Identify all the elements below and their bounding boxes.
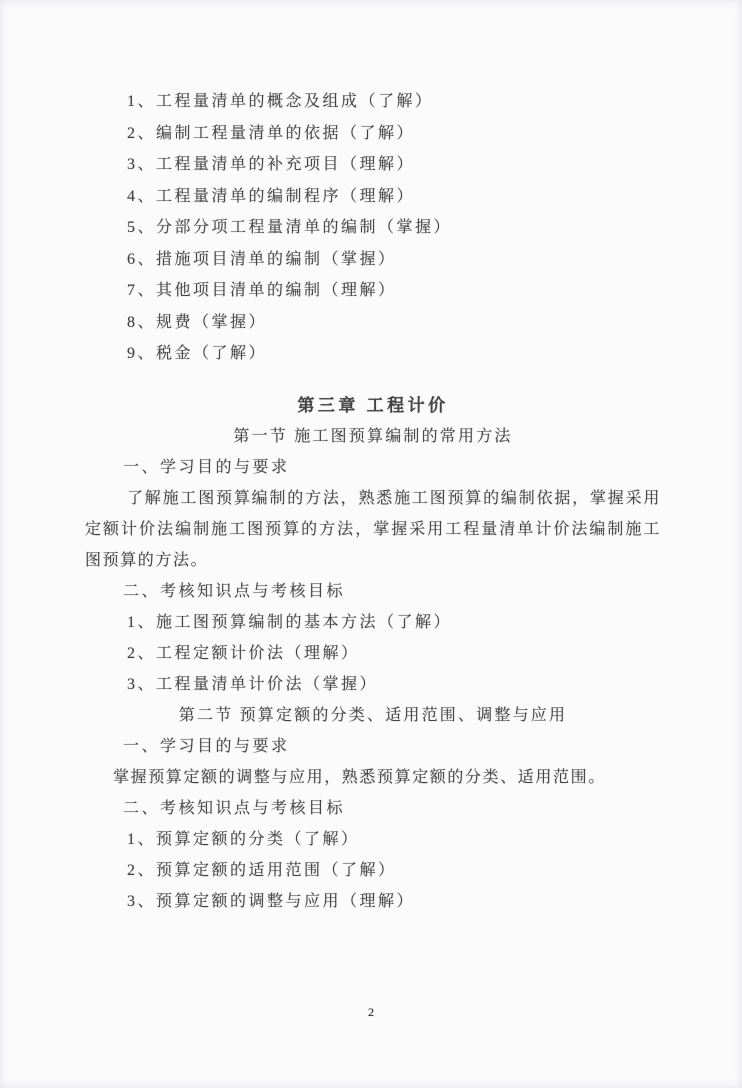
chapter2-knowledge-point-list: 1、工程量清单的概念及组成（了解） 2、编制工程量清单的依据（了解） 3、工程量…	[85, 86, 661, 370]
list-item: 4、工程量清单的编制程序（理解）	[127, 181, 661, 213]
section-1-title: 第一节 施工图预算编制的常用方法	[85, 421, 661, 452]
section-2-goal-heading: 一、学习目的与要求	[123, 731, 661, 762]
list-item: 1、工程量清单的概念及组成（了解）	[127, 86, 661, 118]
document-body: 1、工程量清单的概念及组成（了解） 2、编制工程量清单的依据（了解） 3、工程量…	[85, 86, 661, 917]
list-item: 3、工程量清单的补充项目（理解）	[127, 149, 661, 181]
list-item: 2、编制工程量清单的依据（了解）	[127, 118, 661, 150]
section-2-title: 第二节 预算定额的分类、适用范围、调整与应用	[85, 700, 661, 731]
list-item: 8、规费（掌握）	[127, 307, 661, 339]
section-2: 第二节 预算定额的分类、适用范围、调整与应用 一、学习目的与要求 掌握预算定额的…	[85, 700, 661, 917]
scanned-document-page: 1、工程量清单的概念及组成（了解） 2、编制工程量清单的依据（了解） 3、工程量…	[0, 0, 742, 1088]
list-item: 3、预算定额的调整与应用（理解）	[127, 886, 661, 917]
section-1-item-list: 1、施工图预算编制的基本方法（了解） 2、工程定额计价法（理解） 3、工程量清单…	[85, 607, 661, 700]
section-2-paragraph: 掌握预算定额的调整与应用，熟悉预算定额的分类、适用范围。	[85, 762, 661, 793]
list-item: 6、措施项目清单的编制（掌握）	[127, 244, 661, 276]
list-item: 1、预算定额的分类（了解）	[127, 824, 661, 855]
list-item: 5、分部分项工程量清单的编制（掌握）	[127, 212, 661, 244]
list-item: 1、施工图预算编制的基本方法（了解）	[127, 607, 661, 638]
chapter-title: 第三章 工程计价	[85, 390, 661, 421]
section-1-exam-heading: 二、考核知识点与考核目标	[123, 576, 661, 607]
section-1: 第一节 施工图预算编制的常用方法 一、学习目的与要求 了解施工图预算编制的方法，…	[85, 421, 661, 700]
section-2-exam-heading: 二、考核知识点与考核目标	[123, 793, 661, 824]
list-item: 2、工程定额计价法（理解）	[127, 638, 661, 669]
list-item: 3、工程量清单计价法（掌握）	[127, 669, 661, 700]
section-2-item-list: 1、预算定额的分类（了解） 2、预算定额的适用范围（了解） 3、预算定额的调整与…	[85, 824, 661, 917]
section-1-paragraph: 了解施工图预算编制的方法，熟悉施工图预算的编制依据，掌握采用定额计价法编制施工图…	[85, 483, 661, 576]
list-item: 2、预算定额的适用范围（了解）	[127, 855, 661, 886]
list-item: 9、税金（了解）	[127, 338, 661, 370]
section-1-goal-heading: 一、学习目的与要求	[123, 452, 661, 483]
page-number: 2	[0, 1005, 742, 1020]
list-item: 7、其他项目清单的编制（理解）	[127, 275, 661, 307]
